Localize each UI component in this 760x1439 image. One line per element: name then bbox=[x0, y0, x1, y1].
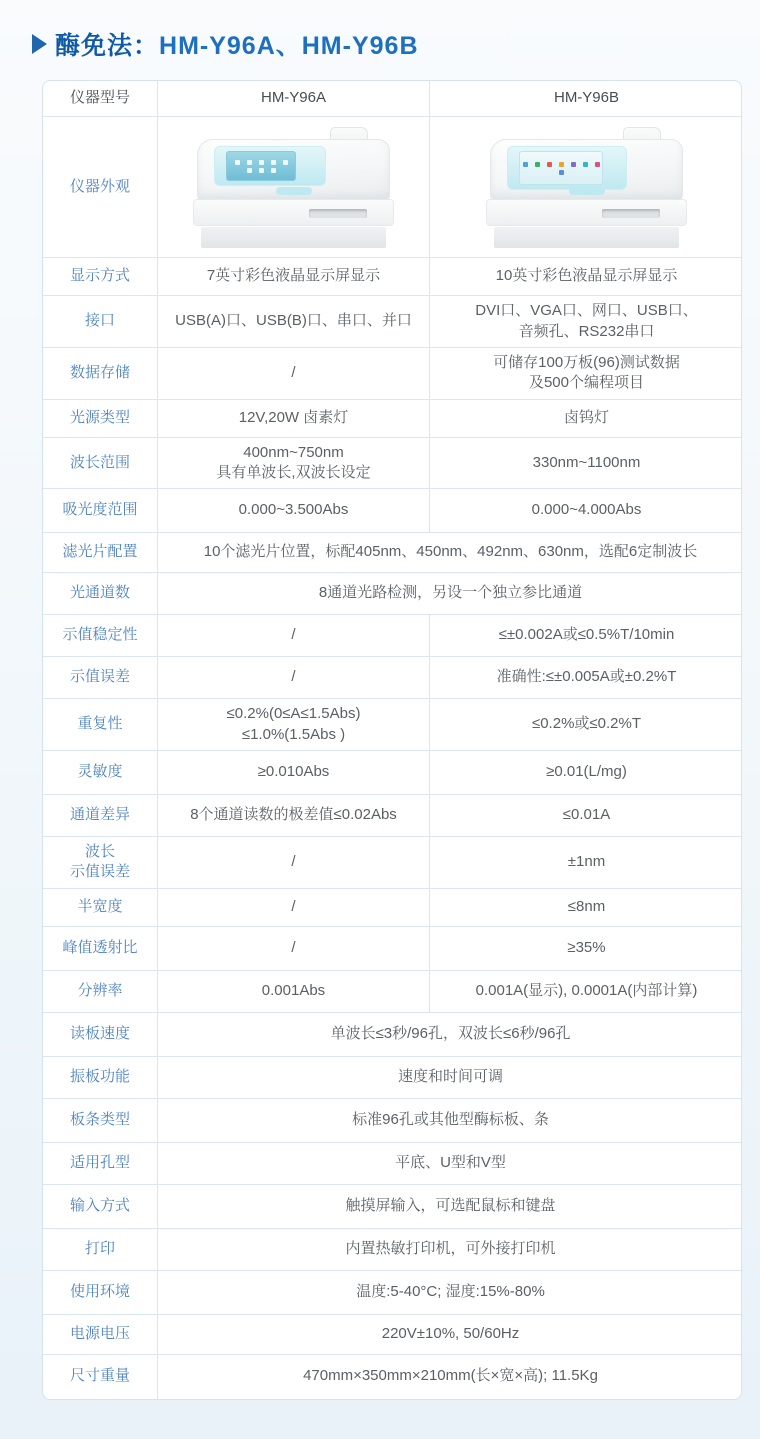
spec-row-resolution: 分辨率 0.001Abs 0.001A(显示), 0.0001A(内部计算) bbox=[43, 971, 741, 1013]
screen-icon bbox=[547, 162, 552, 167]
device-mid-section bbox=[486, 199, 687, 226]
spec-row-peak-transmittance: 峰值透射比 / ≥35% bbox=[43, 927, 741, 971]
device-button bbox=[276, 187, 312, 195]
row-value-b: DVI口、VGA口、网口、USB口、 音频孔、RS232串口 bbox=[430, 296, 742, 347]
row-value-b: ≥35% bbox=[430, 927, 742, 970]
spec-row-display-mode: 显示方式 7英寸彩色液晶显示屏显示 10英寸彩色液晶显示屏显示 bbox=[43, 258, 741, 296]
screen-icon bbox=[559, 162, 564, 167]
appearance-cell-a bbox=[158, 117, 430, 257]
row-value-shared: 内置热敏打印机，可外接打印机 bbox=[158, 1229, 742, 1270]
spec-row-absorbance-range: 吸光度范围 0.000~3.500Abs 0.000~4.000Abs bbox=[43, 489, 741, 533]
row-value-shared: 平底、U型和V型 bbox=[158, 1143, 742, 1184]
device-base bbox=[494, 227, 679, 248]
row-value-b: ±1nm bbox=[430, 837, 742, 888]
table-header-row: 仪器型号 HM-Y96A HM-Y96B bbox=[43, 81, 741, 117]
row-label: 吸光度范围 bbox=[43, 489, 158, 532]
spec-row-plate-type: 板条类型 标准96孔或其他型酶标板、条 bbox=[43, 1099, 741, 1143]
spec-row-filter-config: 滤光片配置 10个滤光片位置，标配405nm、450nm、492nm、630nm… bbox=[43, 533, 741, 573]
row-value-shared: 10个滤光片位置，标配405nm、450nm、492nm、630nm，选配6定制… bbox=[158, 533, 742, 572]
spec-row-dimensions-weight: 尺寸重量 470mm×350mm×210mm(长×宽×高); 11.5Kg bbox=[43, 1355, 741, 1399]
spec-row-wavelength-range: 波长范围 400nm~750nm 具有单波长,双波长设定 330nm~1100n… bbox=[43, 438, 741, 490]
row-label: 重复性 bbox=[43, 699, 158, 750]
row-value-a: / bbox=[158, 657, 430, 698]
page-title: 酶免法：HM-Y96A、HM-Y96B bbox=[55, 26, 419, 62]
screen-icon bbox=[247, 160, 252, 165]
row-value-b: ≤±0.002A或≤0.5%T/10min bbox=[430, 615, 742, 656]
spec-row-power-voltage: 电源电压 220V±10%, 50/60Hz bbox=[43, 1315, 741, 1355]
row-value-a: ≤0.2%(0≤A≤1.5Abs) ≤1.0%(1.5Abs ) bbox=[158, 699, 430, 750]
spec-comparison-table: 仪器型号 HM-Y96A HM-Y96B 仪器外观 bbox=[42, 80, 742, 1400]
device-button bbox=[569, 187, 605, 195]
appearance-row: 仪器外观 bbox=[43, 117, 741, 258]
row-label: 灵敏度 bbox=[43, 751, 158, 794]
row-value-b: 330nm~1100nm bbox=[430, 438, 742, 489]
screen-icon bbox=[235, 160, 240, 165]
row-value-shared: 温度:5-40°C; 湿度:15%-80% bbox=[158, 1271, 742, 1314]
screen-icon bbox=[595, 162, 600, 167]
section-title: 酶免法：HM-Y96A、HM-Y96B bbox=[32, 26, 730, 62]
row-label: 输入方式 bbox=[43, 1185, 158, 1228]
row-label: 光通道数 bbox=[43, 573, 158, 614]
spec-row-light-source: 光源类型 12V,20W 卤素灯 卤钨灯 bbox=[43, 400, 741, 438]
row-value-b: 0.000~4.000Abs bbox=[430, 489, 742, 532]
device-screen-panel bbox=[214, 146, 326, 186]
row-value-b: 可储存100万板(96)测试数据 及500个编程项目 bbox=[430, 348, 742, 399]
row-value-shared: 8通道光路检测，另设一个独立参比通道 bbox=[158, 573, 742, 614]
row-label: 读板速度 bbox=[43, 1013, 158, 1056]
row-value-shared: 220V±10%, 50/60Hz bbox=[158, 1315, 742, 1354]
row-label: 尺寸重量 bbox=[43, 1355, 158, 1399]
spec-row-interfaces: 接口 USB(A)口、USB(B)口、串口、并口 DVI口、VGA口、网口、US… bbox=[43, 296, 741, 348]
row-label: 数据存储 bbox=[43, 348, 158, 399]
screen-icon bbox=[271, 168, 276, 173]
screen-icon bbox=[271, 160, 276, 165]
header-model-b: HM-Y96B bbox=[430, 81, 742, 116]
row-value-a: / bbox=[158, 348, 430, 399]
spec-row-environment: 使用环境 温度:5-40°C; 湿度:15%-80% bbox=[43, 1271, 741, 1315]
row-value-b: ≤0.01A bbox=[430, 795, 742, 836]
spec-row-shaking-function: 振板功能 速度和时间可调 bbox=[43, 1057, 741, 1099]
device-plate-slot bbox=[602, 209, 660, 218]
row-label: 光源类型 bbox=[43, 400, 158, 437]
spec-row-well-type: 适用孔型 平底、U型和V型 bbox=[43, 1143, 741, 1185]
device-photo-hm-y96a bbox=[191, 126, 396, 248]
row-value-b: 准确性:≤±0.005A或±0.2%T bbox=[430, 657, 742, 698]
row-label: 振板功能 bbox=[43, 1057, 158, 1098]
screen-icon bbox=[523, 162, 528, 167]
row-label: 接口 bbox=[43, 296, 158, 347]
spec-row-repeatability: 重复性 ≤0.2%(0≤A≤1.5Abs) ≤1.0%(1.5Abs ) ≤0.… bbox=[43, 699, 741, 751]
row-label: 显示方式 bbox=[43, 258, 158, 295]
row-value-shared: 触摸屏输入，可选配鼠标和键盘 bbox=[158, 1185, 742, 1228]
row-label: 滤光片配置 bbox=[43, 533, 158, 572]
product-spec-page: 酶免法：HM-Y96A、HM-Y96B 仪器型号 HM-Y96A HM-Y96B… bbox=[0, 0, 760, 1400]
device-screen-panel bbox=[507, 146, 627, 190]
method-label: 酶免法： bbox=[55, 26, 159, 62]
spec-row-channel-difference: 通道差异 8个通道读数的极差值≤0.02Abs ≤0.01A bbox=[43, 795, 741, 837]
row-value-b: ≤0.2%或≤0.2%T bbox=[430, 699, 742, 750]
row-value-shared: 速度和时间可调 bbox=[158, 1057, 742, 1098]
row-value-a: 7英寸彩色液晶显示屏显示 bbox=[158, 258, 430, 295]
row-label: 通道差异 bbox=[43, 795, 158, 836]
row-value-a: ≥0.010Abs bbox=[158, 751, 430, 794]
screen-icon bbox=[283, 160, 288, 165]
spec-row-wavelength-error: 波长 示值误差 / ±1nm bbox=[43, 837, 741, 889]
row-label: 波长范围 bbox=[43, 438, 158, 489]
header-model-a: HM-Y96A bbox=[158, 81, 430, 116]
row-label: 示值误差 bbox=[43, 657, 158, 698]
section-arrow-icon bbox=[32, 34, 47, 54]
row-value-b: 10英寸彩色液晶显示屏显示 bbox=[430, 258, 742, 295]
device-lid bbox=[490, 139, 683, 201]
screen-icon bbox=[247, 168, 252, 173]
spec-row-half-bandwidth: 半宽度 / ≤8nm bbox=[43, 889, 741, 927]
screen-icon bbox=[259, 160, 264, 165]
row-value-a: 400nm~750nm 具有单波长,双波长设定 bbox=[158, 438, 430, 489]
row-value-a: 0.000~3.500Abs bbox=[158, 489, 430, 532]
model-names: HM-Y96A、HM-Y96B bbox=[159, 26, 418, 62]
row-value-shared: 470mm×350mm×210mm(长×宽×高); 11.5Kg bbox=[158, 1355, 742, 1399]
spec-row-input-method: 输入方式 触摸屏输入，可选配鼠标和键盘 bbox=[43, 1185, 741, 1229]
spec-row-light-channels: 光通道数 8通道光路检测，另设一个独立参比通道 bbox=[43, 573, 741, 615]
spec-row-sensitivity: 灵敏度 ≥0.010Abs ≥0.01(L/mg) bbox=[43, 751, 741, 795]
appearance-label: 仪器外观 bbox=[43, 117, 158, 257]
device-mid-section bbox=[193, 199, 394, 226]
device-base bbox=[201, 227, 386, 248]
spec-row-read-speed: 读板速度 单波长≤3秒/96孔，双波长≤6秒/96孔 bbox=[43, 1013, 741, 1057]
row-label: 适用孔型 bbox=[43, 1143, 158, 1184]
row-label: 打印 bbox=[43, 1229, 158, 1270]
row-value-b: 卤钨灯 bbox=[430, 400, 742, 437]
row-value-a: USB(A)口、USB(B)口、串口、并口 bbox=[158, 296, 430, 347]
row-value-shared: 标准96孔或其他型酶标板、条 bbox=[158, 1099, 742, 1142]
screen-icon bbox=[559, 170, 564, 175]
spec-row-data-storage: 数据存储 / 可储存100万板(96)测试数据 及500个编程项目 bbox=[43, 348, 741, 400]
header-label: 仪器型号 bbox=[43, 81, 158, 116]
row-value-a: / bbox=[158, 889, 430, 926]
device-screen bbox=[519, 151, 603, 185]
row-value-a: / bbox=[158, 927, 430, 970]
appearance-cell-b bbox=[430, 117, 742, 257]
row-value-a: / bbox=[158, 615, 430, 656]
row-value-b: ≤8nm bbox=[430, 889, 742, 926]
row-label: 板条类型 bbox=[43, 1099, 158, 1142]
device-lid bbox=[197, 139, 390, 201]
screen-icon bbox=[571, 162, 576, 167]
row-label: 分辨率 bbox=[43, 971, 158, 1012]
screen-icon bbox=[583, 162, 588, 167]
spec-row-stability: 示值稳定性 / ≤±0.002A或≤0.5%T/10min bbox=[43, 615, 741, 657]
device-plate-slot bbox=[309, 209, 367, 218]
device-screen bbox=[226, 151, 296, 181]
row-value-shared: 单波长≤3秒/96孔，双波长≤6秒/96孔 bbox=[158, 1013, 742, 1056]
row-value-a: 8个通道读数的极差值≤0.02Abs bbox=[158, 795, 430, 836]
row-label: 示值稳定性 bbox=[43, 615, 158, 656]
row-value-b: 0.001A(显示), 0.0001A(内部计算) bbox=[430, 971, 742, 1012]
row-value-a: 0.001Abs bbox=[158, 971, 430, 1012]
spec-row-print: 打印 内置热敏打印机，可外接打印机 bbox=[43, 1229, 741, 1271]
row-value-a: 12V,20W 卤素灯 bbox=[158, 400, 430, 437]
row-label: 半宽度 bbox=[43, 889, 158, 926]
row-label: 电源电压 bbox=[43, 1315, 158, 1354]
row-value-a: / bbox=[158, 837, 430, 888]
screen-icon bbox=[535, 162, 540, 167]
row-label: 峰值透射比 bbox=[43, 927, 158, 970]
row-label: 使用环境 bbox=[43, 1271, 158, 1314]
row-label: 波长 示值误差 bbox=[43, 837, 158, 888]
screen-icon bbox=[259, 168, 264, 173]
device-photo-hm-y96b bbox=[484, 126, 689, 248]
row-value-b: ≥0.01(L/mg) bbox=[430, 751, 742, 794]
spec-row-indication-error: 示值误差 / 准确性:≤±0.005A或±0.2%T bbox=[43, 657, 741, 699]
